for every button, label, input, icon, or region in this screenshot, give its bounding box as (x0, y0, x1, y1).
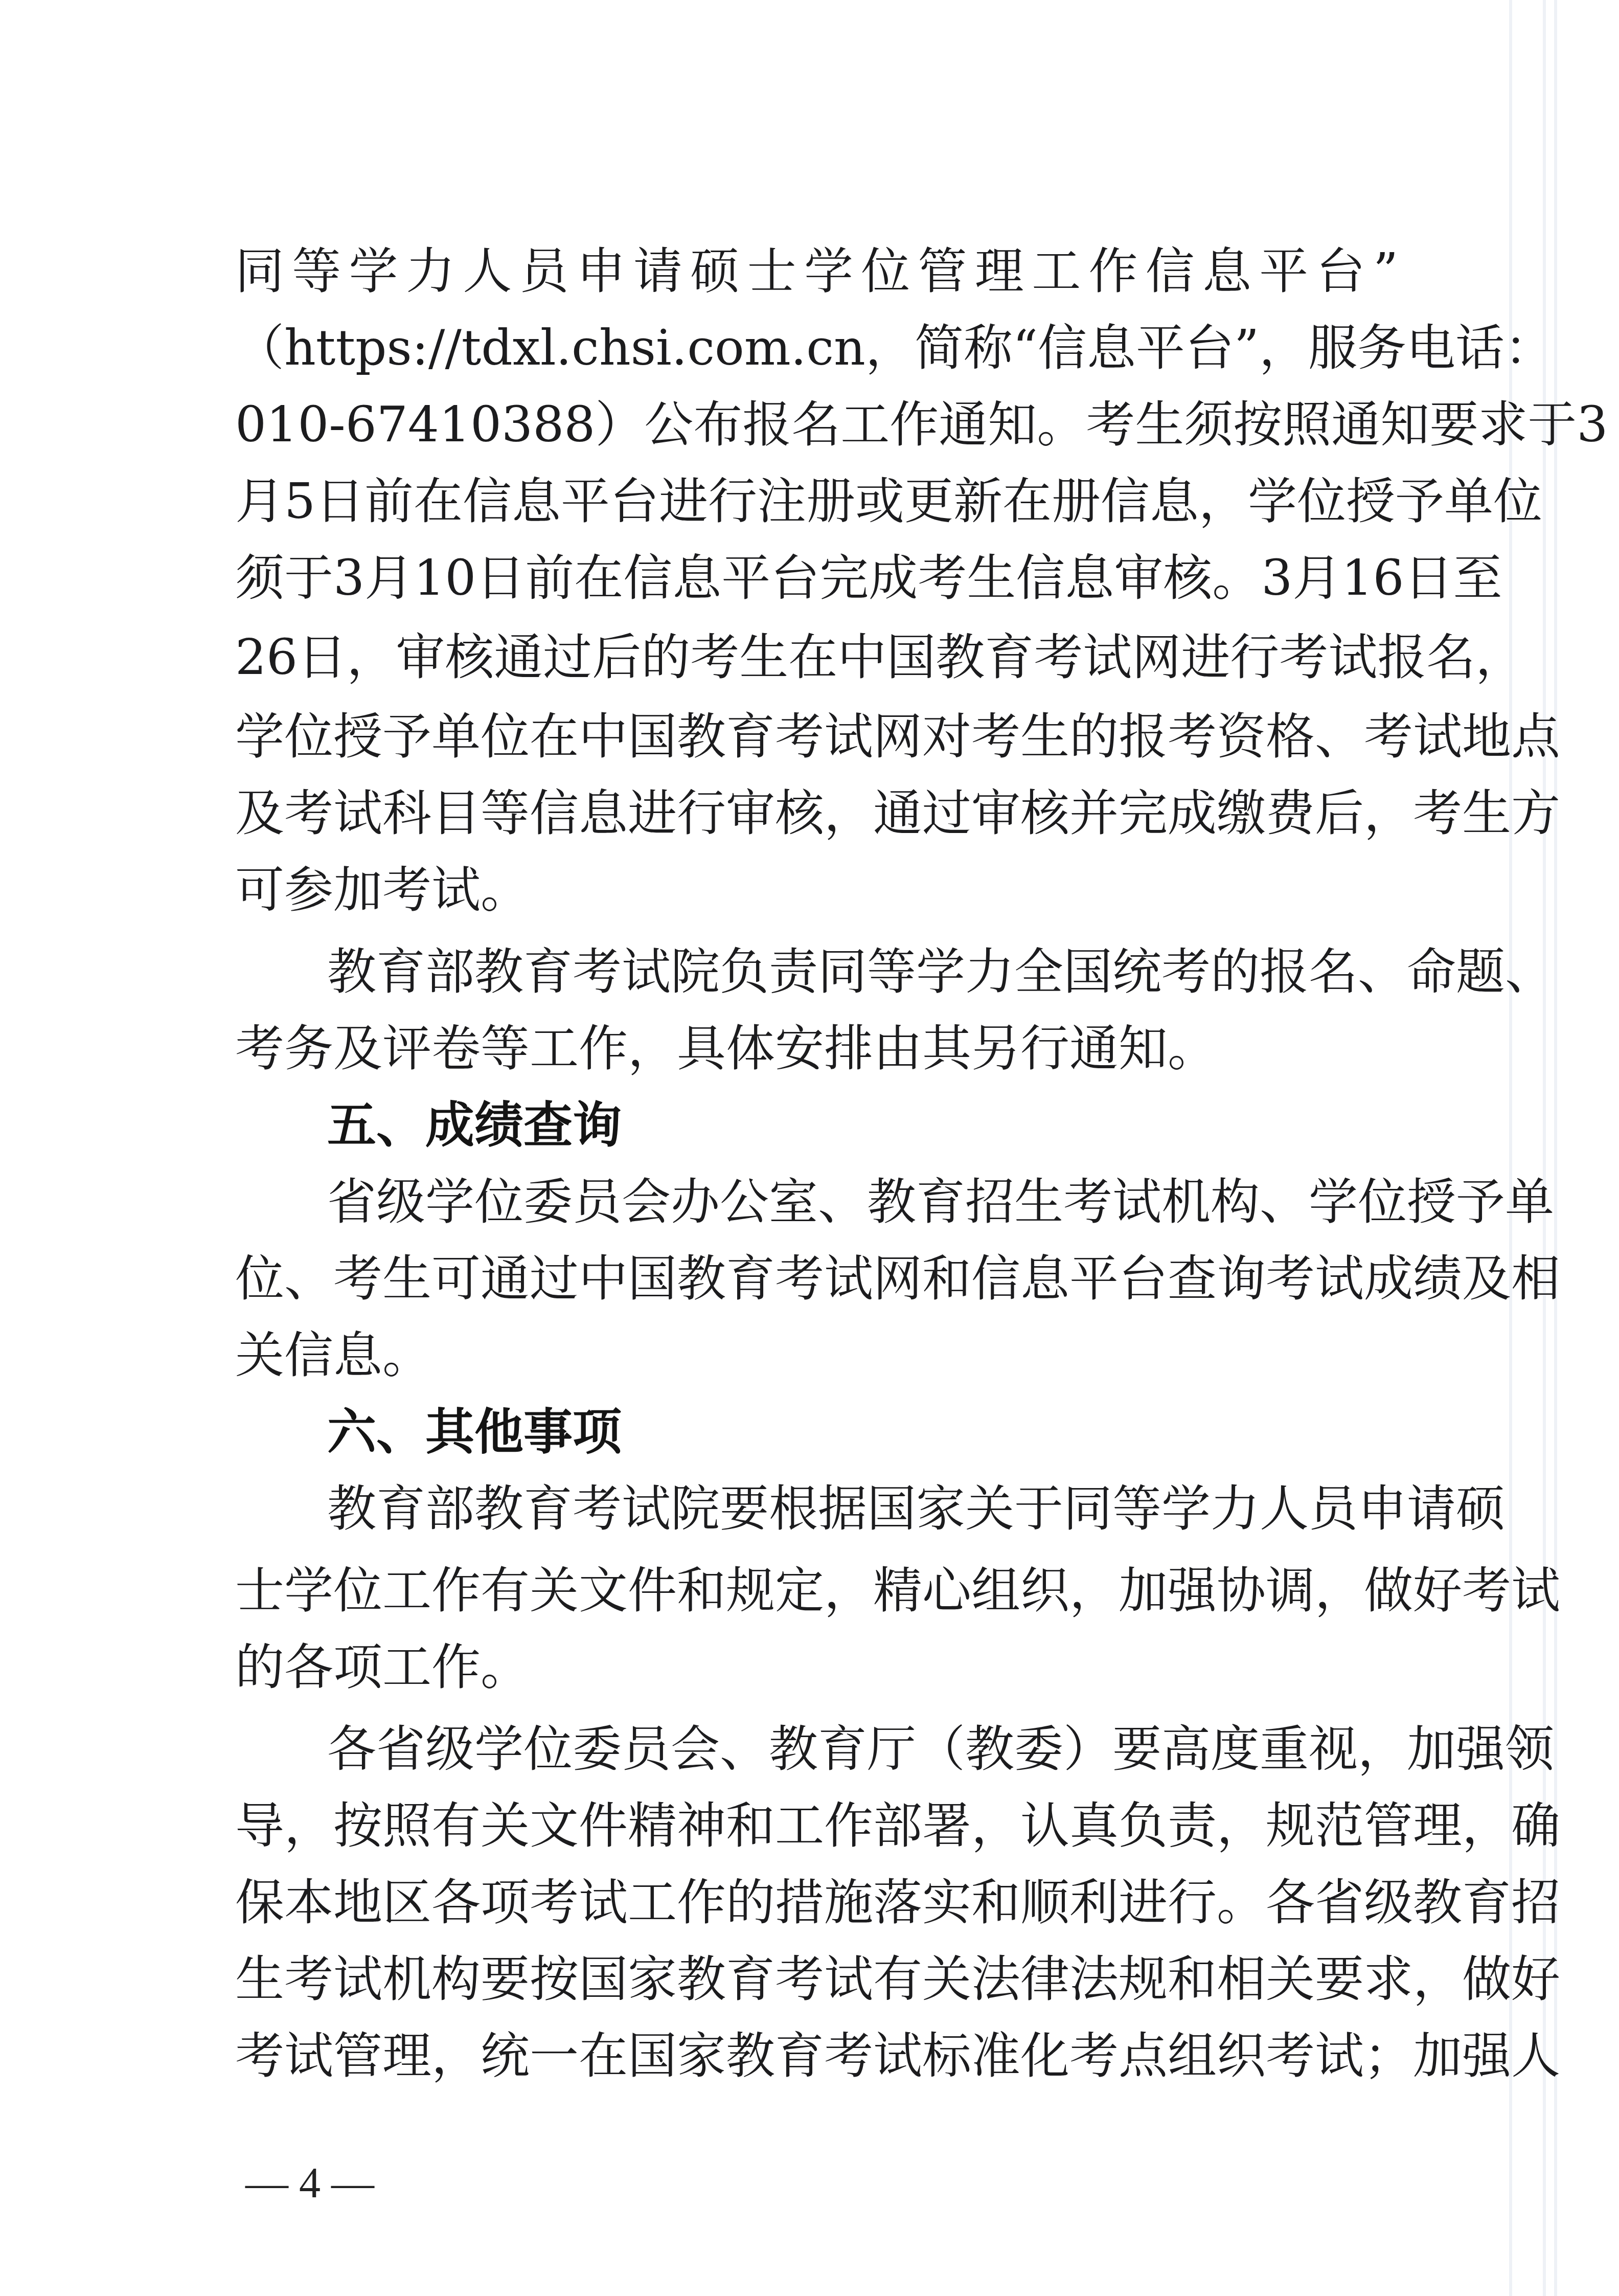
body-line: 教育部教育考试院要根据国家关于同等学力人员申请硕 (327, 1478, 1398, 1539)
body-line: 学位授予单位在中国教育考试网对考生的报考资格、考试地点 (235, 706, 1398, 767)
body-line: 教育部教育考试院负责同等学力全国统考的报名、命题、 (327, 941, 1398, 1002)
body-line: 生考试机构要按国家教育考试有关法律法规和相关要求，做好 (235, 1948, 1398, 2010)
section-heading-other-matters: 六、其他事项 (327, 1401, 622, 1462)
section-heading-score-query: 五、成绩查询 (327, 1094, 622, 1156)
body-line: 月5日前在信息平台进行注册或更新在册信息，学位授予单位 (235, 470, 1398, 532)
body-line: 及考试科目等信息进行审核，通过审核并完成缴费后，考生方 (235, 782, 1398, 844)
body-line: 导，按照有关文件精神和工作部署，认真负责，规范管理，确 (235, 1795, 1398, 1856)
body-line: 位、考生可通过中国教育考试网和信息平台查询考试成绩及相 (235, 1248, 1398, 1309)
body-line: 保本地区各项考试工作的措施落实和顺利进行。各省级教育招 (235, 1872, 1398, 1933)
body-line: 的各项工作。 (235, 1636, 1398, 1698)
body-line: 省级学位委员会办公室、教育招生考试机构、学位授予单 (327, 1171, 1398, 1232)
body-line: 须于3月10日前在信息平台完成考生信息审核。3月16日至 (235, 547, 1398, 609)
body-line: 士学位工作有关文件和规定，精心组织，加强协调，做好考试 (235, 1560, 1398, 1621)
body-line: 可参加考试。 (235, 859, 1398, 920)
body-line: 关信息。 (235, 1324, 1398, 1386)
body-line: 010-67410388）公布报名工作通知。考生须按照通知要求于3 (235, 394, 1398, 455)
body-line: 考务及评卷等工作，具体安排由其另行通知。 (235, 1018, 1398, 1079)
body-line: 考试管理，统一在国家教育考试标准化考点组织考试；加强人 (235, 2025, 1398, 2086)
page-number: — 4 — (245, 2153, 374, 2214)
document-page: 同等学力人员申请硕士学位管理工作信息平台” （https://tdxl.chsi… (0, 0, 1619, 2296)
body-line-url: （https://tdxl.chsi.com.cn，简称“信息平台”，服务电话： (235, 317, 1398, 378)
body-line: 同等学力人员申请硕士学位管理工作信息平台” (235, 240, 1398, 302)
body-line: 26日，审核通过后的考生在中国教育考试网进行考试报名， (235, 626, 1398, 688)
body-line: 各省级学位委员会、教育厅（教委）要高度重视，加强领 (327, 1718, 1398, 1780)
